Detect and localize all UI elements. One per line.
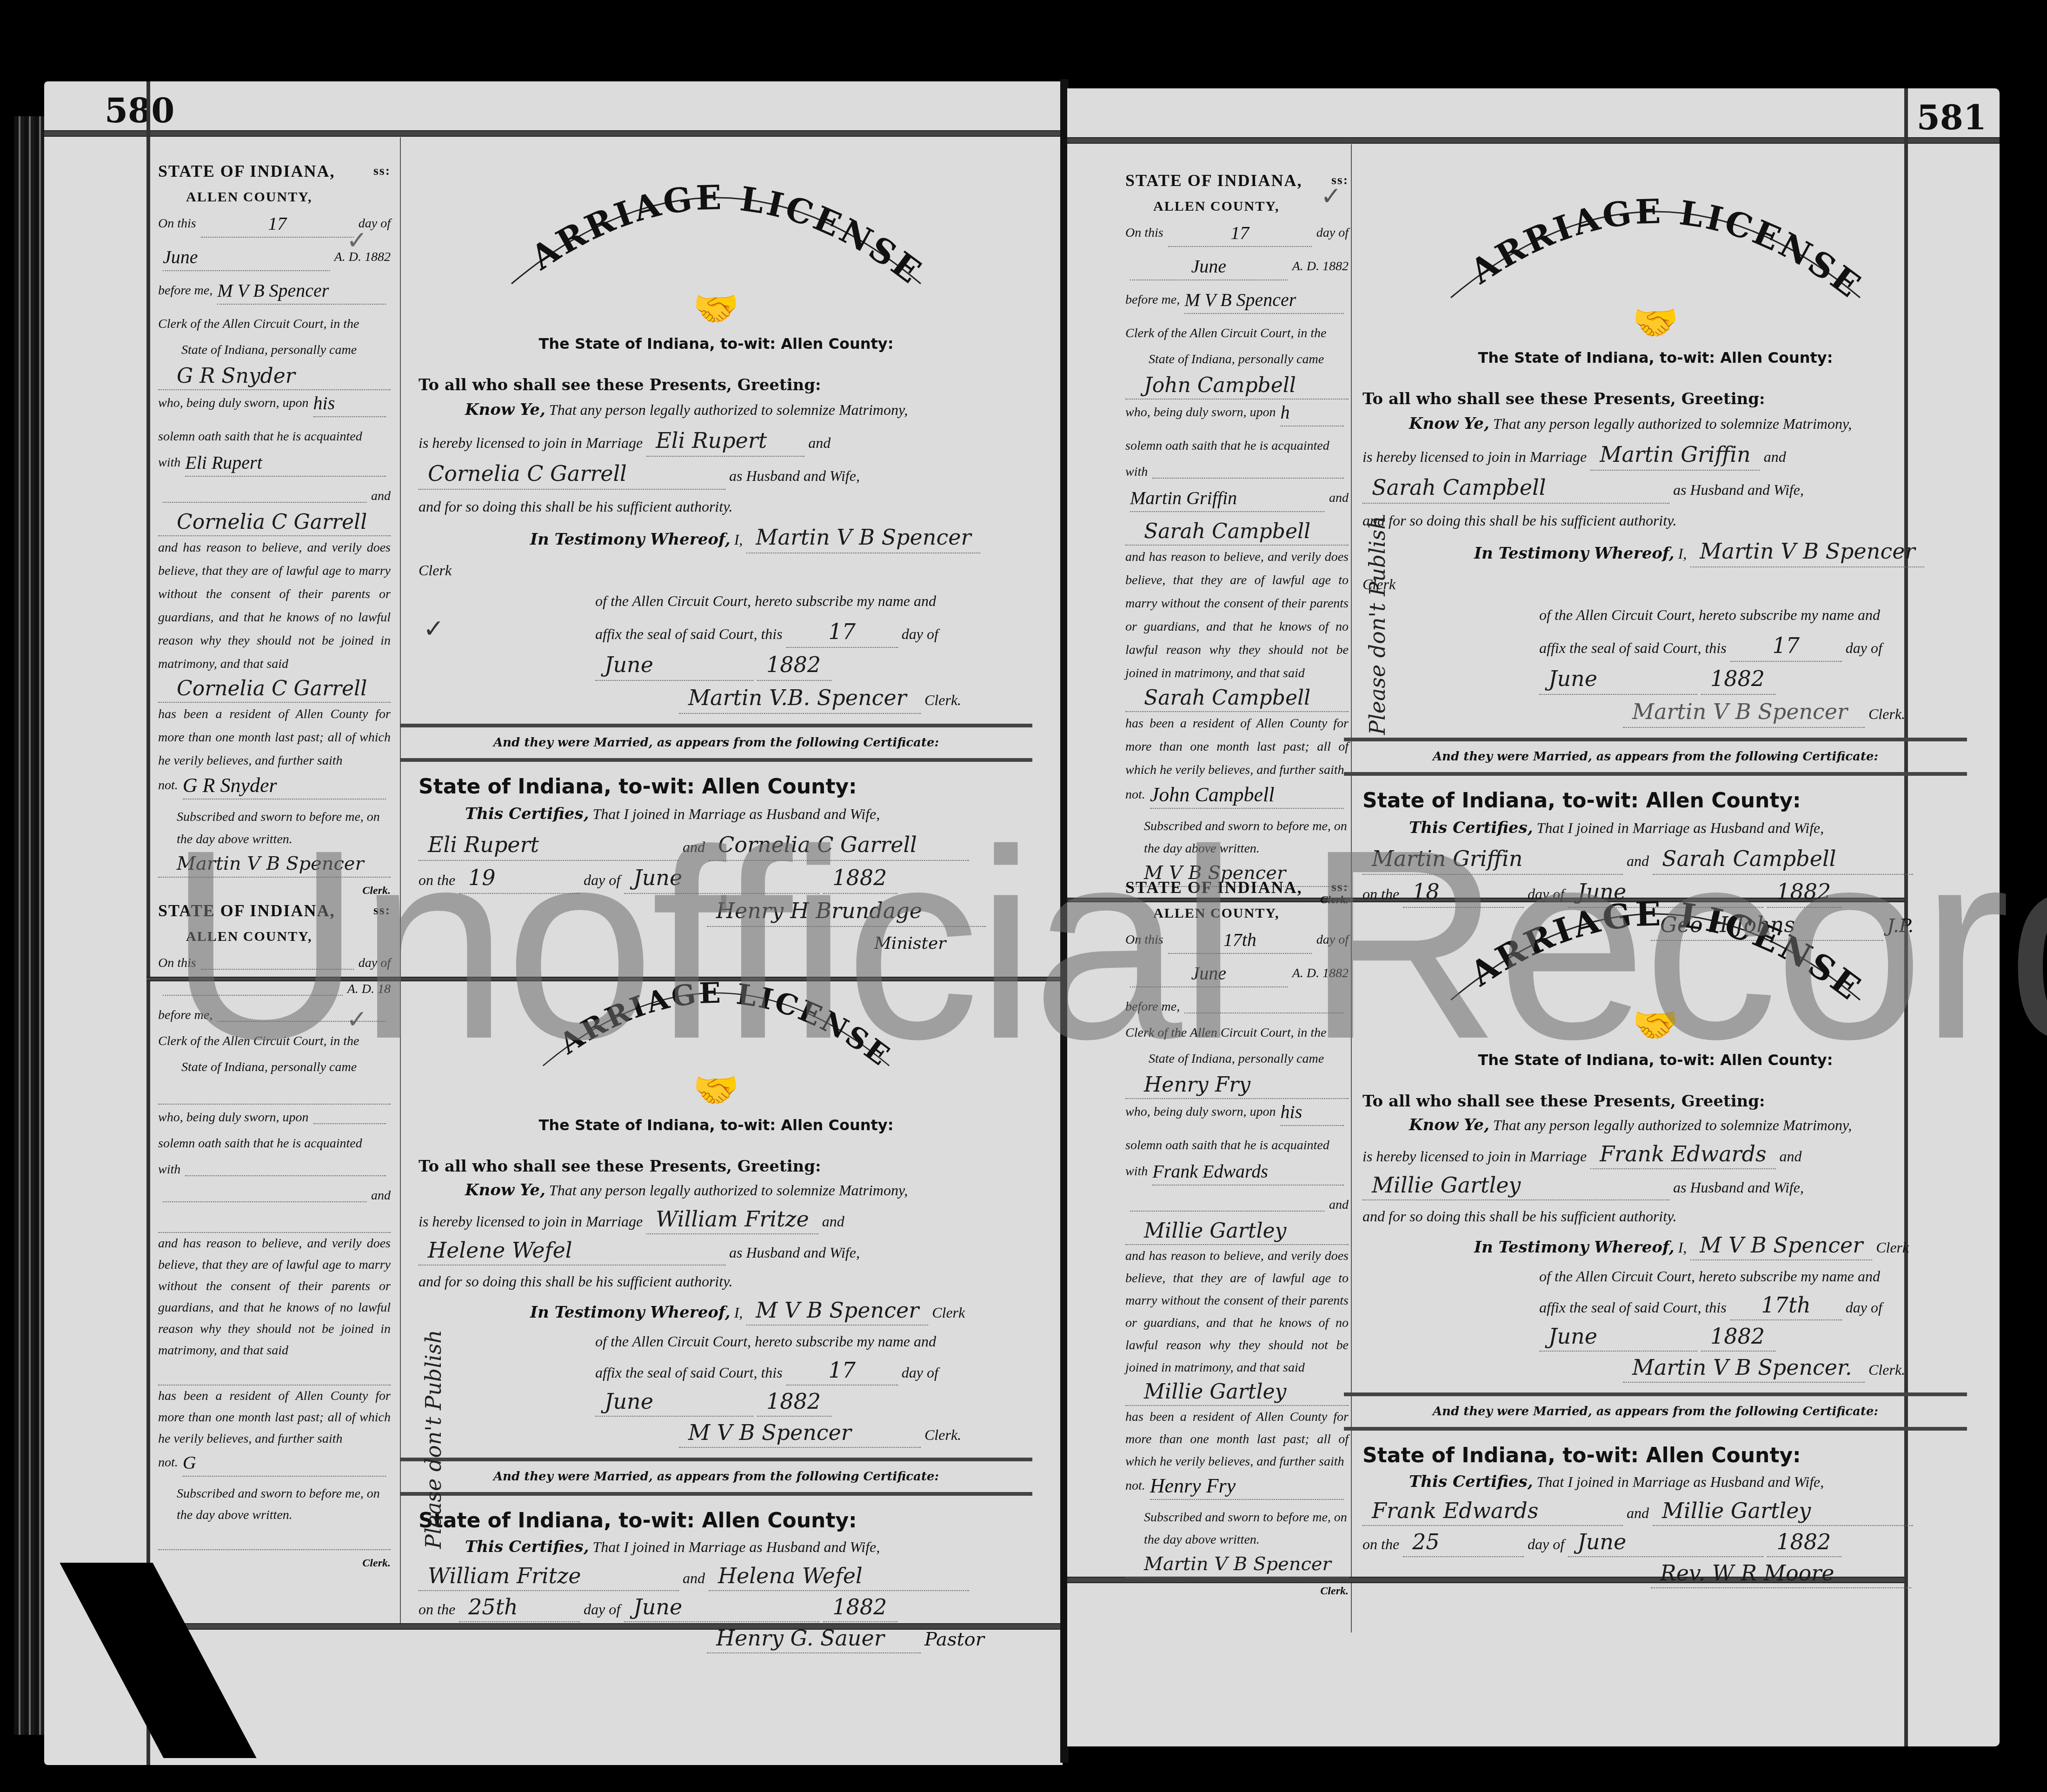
stub-on-this: On this	[158, 950, 196, 976]
license-clerk: Martin V B Spencer	[1690, 536, 1924, 567]
license-state-county: The State of Indiana, to-wit: Allen Coun…	[1362, 349, 1948, 366]
stub-day: 17	[201, 211, 354, 238]
license-day: 17	[786, 616, 898, 648]
cert-officiant: Henry G. Sauer	[707, 1624, 921, 1653]
license-know-text: That any person legally authorized to so…	[1493, 415, 1852, 432]
license-bride: Millie Gartley	[1362, 1171, 1669, 1200]
stub-acquainted: solemn oath saith that he is acquainted	[158, 424, 391, 450]
marriage-license: MARRIAGE LICENSE. 🤝 The State of Indiana…	[1362, 181, 1948, 942]
stub-groom: Martin Griffin	[1130, 485, 1324, 512]
stub-clerk-label: Clerk.	[1125, 1578, 1349, 1604]
stub-divider	[400, 137, 401, 1625]
license-testimony: In Testimony Whereof,	[419, 1303, 731, 1322]
stub-with: with	[1125, 1159, 1148, 1192]
margin-note: Please don't Publish	[421, 1330, 446, 1549]
stub-acquainted: solemn oath saith that he is acquainted	[158, 1131, 391, 1157]
book-page-edges	[14, 116, 44, 1735]
stub-month: June	[1130, 253, 1288, 280]
stub-subscribed: Subscribed and sworn to before me, on th…	[1125, 815, 1349, 860]
license-groom: Martin Griffin	[1590, 439, 1760, 471]
license-signature: M V B Spencer	[679, 1418, 921, 1448]
license-greeting: To all who shall see these Presents, Gre…	[1362, 390, 1948, 408]
stub-not: not.	[158, 773, 178, 806]
stub-before-me: before me,	[1125, 287, 1180, 320]
license-day: 17th	[1730, 1291, 1842, 1320]
license-authority: and for so doing this shall be his suffi…	[1362, 1208, 1677, 1225]
license-licensed: is hereby licensed to join in Marriage	[419, 434, 643, 451]
stub-affidavit: STATE OF INDIANA,ss: ALLEN COUNTY, On th…	[1125, 167, 1349, 913]
stub-bride: Cornelia C Garrell	[158, 509, 391, 536]
license-husband-wife: as Husband and Wife,	[1673, 1179, 1804, 1196]
check-mark-icon: ✓	[346, 226, 367, 255]
license-bride: Sarah Campbell	[1362, 472, 1669, 504]
stub-month: June	[163, 244, 330, 271]
stub-affiant-signature: G R Snyder	[183, 773, 386, 799]
license-year: 1882	[1701, 663, 1775, 695]
stub-bride: Millie Gartley	[1125, 1218, 1349, 1245]
stub-and: and	[1329, 485, 1349, 519]
stub-body: and has reason to believe, and verily do…	[158, 1233, 391, 1361]
license-know-ye: Know Ye,	[1362, 1116, 1489, 1134]
license-greeting: To all who shall see these Presents, Gre…	[419, 1157, 1014, 1176]
license-title-banner: MARRIAGE LICENSE.	[502, 167, 930, 288]
license-bride: Helene Wefel	[419, 1236, 725, 1266]
cert-bride: Cornelia C Garrell	[709, 829, 969, 861]
license-affix: affix the seal of said Court, this	[419, 1364, 783, 1381]
stub-subscribed: Subscribed and sworn to before me, on th…	[158, 1483, 391, 1526]
stub-on-this: On this	[1125, 927, 1163, 960]
stub-affiant-signature: Henry Fry	[1150, 1473, 1344, 1500]
license-licensed: is hereby licensed to join in Marriage	[1362, 448, 1587, 465]
license-clerk-label: Clerk.	[924, 692, 961, 708]
stub-month: June	[1130, 960, 1288, 987]
cert-day: 19	[459, 862, 580, 894]
stub-ss: ss:	[373, 158, 391, 184]
cert-certifies: This Certifies,	[1362, 819, 1533, 837]
license-clerk-word: Clerk	[1876, 1239, 1909, 1256]
stub-body: and has reason to believe, and verily do…	[158, 536, 391, 676]
stub-ad: A. D. 1882	[1292, 253, 1349, 287]
stub-state-line: State of Indiana, personally came	[158, 1054, 391, 1080]
cert-officiant: Henry H Brundage	[707, 895, 986, 927]
stub-state-line: State of Indiana, personally came	[158, 337, 391, 363]
license-bride: Cornelia C Garrell	[419, 458, 725, 490]
license-clerk: M V B Spencer	[746, 1296, 928, 1326]
cert-bride: Sarah Campbell	[1653, 843, 1913, 875]
stub-groom	[185, 1157, 386, 1176]
cert-day: 25	[1403, 1527, 1524, 1557]
license-testimony: In Testimony Whereof,	[1362, 544, 1675, 563]
cert-on-the: on the	[419, 1601, 455, 1618]
cert-officiant: Rev. W R Moore	[1651, 1559, 1911, 1588]
stub-ss: ss:	[1331, 874, 1349, 900]
stub-with: with	[158, 1157, 180, 1183]
license-title-banner: MARRIAGE LICENSE.	[1442, 181, 1869, 302]
married-banner: And they were Married, as appears from t…	[1344, 738, 1967, 776]
license-know-ye: Know Ye,	[1362, 414, 1489, 433]
license-year: 1882	[757, 649, 831, 681]
stub-acquainted: solemn oath saith that he is acquainted	[1125, 433, 1349, 459]
svg-text:MARRIAGE LICENSE.: MARRIAGE LICENSE.	[1442, 181, 1869, 302]
stub-ad: A. D. 18	[347, 976, 391, 1002]
license-know-text: That any person legally authorized to so…	[1493, 1117, 1852, 1133]
stub-and: and	[1329, 1192, 1349, 1218]
stub-sworn: who, being duly sworn, upon	[1125, 400, 1276, 433]
license-i: I,	[734, 1304, 743, 1321]
stub-clerk-signature: Martin V B Spencer	[158, 851, 391, 878]
married-banner: And they were Married, as appears from t…	[400, 1458, 1032, 1496]
license-and: and	[1780, 1148, 1802, 1165]
title-arc-ornament: MARRIAGE LICENSE.	[1442, 181, 1869, 302]
cert-year: 1882	[1767, 1527, 1841, 1557]
stub-resident-text: has been a resident of Allen County for …	[1125, 1406, 1349, 1473]
license-testimony: In Testimony Whereof,	[419, 530, 731, 549]
license-state-county: The State of Indiana, to-wit: Allen Coun…	[419, 1116, 1014, 1134]
married-banner: And they were Married, as appears from t…	[400, 724, 1032, 762]
stub-clerk-label: Clerk.	[158, 1550, 391, 1576]
title-arc-ornament: MARRIAGE LICENSE.	[1442, 884, 1869, 1005]
license-signature: Martin V.B. Spencer	[679, 682, 921, 714]
stub-bride: Sarah Campbell	[1125, 519, 1349, 546]
stub-state: STATE OF INDIANA,	[1125, 167, 1302, 193]
stub-day-of: day of	[1316, 220, 1349, 253]
stub-pronoun: h	[1281, 400, 1344, 426]
cert-certifies: This Certifies,	[419, 805, 589, 823]
title-arc-ornament: MARRIAGE LICENSE.	[502, 167, 930, 288]
stub-county: ALLEN COUNTY,	[1153, 199, 1280, 214]
license-authority: and for so doing this shall be his suffi…	[419, 498, 733, 515]
stub-sworn: who, being duly sworn, upon	[158, 390, 309, 424]
cert-bride: Millie Gartley	[1653, 1496, 1913, 1526]
license-month: June	[1539, 663, 1697, 695]
stub-before-me: before me,	[1125, 994, 1180, 1020]
stub-county: ALLEN COUNTY,	[186, 189, 312, 205]
stub-county: ALLEN COUNTY,	[186, 929, 312, 944]
stub-clerk-signature: Martin V B Spencer	[1125, 1551, 1349, 1578]
check-mark-icon: ✓	[423, 614, 444, 643]
title-arc-ornament: MARRIAGE LICENSE.	[502, 967, 930, 1070]
license-month: June	[1539, 1322, 1697, 1352]
stub-groom: Frank Edwards	[1152, 1159, 1344, 1186]
stub-clerk-name: M V B Spencer	[1184, 287, 1344, 314]
stub-subscribed: Subscribed and sworn to before me, on th…	[1125, 1506, 1349, 1551]
license-husband-wife: as Husband and Wife,	[729, 1244, 860, 1261]
stub-clerk-signature	[158, 1526, 391, 1550]
stub-sworn: who, being duly sworn, upon	[158, 1105, 309, 1131]
stub-with: with	[1125, 459, 1148, 485]
stub-acquainted: solemn oath saith that he is acquainted	[1125, 1132, 1349, 1159]
license-clerk: M V B Spencer	[1690, 1231, 1872, 1260]
stub-before-me: before me,	[158, 1002, 213, 1028]
stub-resident: Cornelia C Garrell	[158, 676, 391, 703]
cert-day-of: day of	[584, 872, 620, 888]
stub-body: and has reason to believe, and verily do…	[1125, 546, 1349, 685]
license-husband-wife: as Husband and Wife,	[1673, 481, 1804, 498]
stub-with: with	[158, 450, 180, 483]
cert-month: June	[624, 1592, 819, 1622]
license-and: and	[808, 434, 831, 451]
license-and: and	[822, 1213, 844, 1230]
license-licensed: is hereby licensed to join in Marriage	[1362, 1148, 1587, 1165]
stub-state-line: State of Indiana, personally came	[1125, 1046, 1349, 1072]
license-authority: and for so doing this shall be his suffi…	[1362, 512, 1677, 529]
stub-affiant-signature: John Campbell	[1150, 782, 1344, 809]
stub-affiant-signature: G	[183, 1450, 386, 1477]
stub-pronoun: his	[1281, 1099, 1344, 1126]
stub-day: 17th	[1168, 927, 1312, 954]
license-know-text: That any person legally authorized to so…	[549, 401, 908, 418]
svg-text:MARRIAGE LICENSE.: MARRIAGE LICENSE.	[502, 167, 930, 288]
cert-day-of: day of	[1528, 1536, 1564, 1552]
license-day: 17	[786, 1356, 898, 1386]
clasped-hands-icon: 🤝	[1362, 1005, 1948, 1046]
margin-rule	[146, 81, 150, 1765]
cert-text: That I joined in Marriage as Husband and…	[1536, 819, 1824, 836]
cert-on-the: on the	[419, 872, 455, 888]
license-day: 17	[1730, 630, 1842, 662]
license-groom: Frank Edwards	[1590, 1139, 1775, 1169]
stub-subscribed: Subscribed and sworn to before me, on th…	[158, 806, 391, 851]
license-clerk: Martin V B Spencer	[746, 522, 980, 553]
stub-day-of: day of	[359, 950, 391, 976]
license-day-of: day of	[1846, 640, 1882, 656]
cert-and: and	[683, 839, 705, 855]
license-title-banner: MARRIAGE LICENSE.	[1442, 884, 1869, 1005]
stub-before-me: before me,	[158, 278, 213, 311]
cert-groom: Martin Griffin	[1362, 843, 1623, 875]
stub-day	[201, 950, 354, 970]
license-know-text: That any person legally authorized to so…	[549, 1182, 908, 1199]
stub-state: STATE OF INDIANA,	[158, 898, 335, 924]
cert-and: and	[1627, 1505, 1649, 1521]
license-greeting: To all who shall see these Presents, Gre…	[419, 376, 1014, 394]
cert-day-of: day of	[584, 1601, 620, 1618]
margin-note: Please don't Publish	[1365, 516, 1390, 735]
marriage-license: MARRIAGE LICENSE. 🤝 The State of Indiana…	[1362, 884, 1948, 1590]
license-subscribe: of the Allen Circuit Court, hereto subsc…	[419, 593, 936, 609]
stub-day: 17	[1168, 220, 1312, 247]
stub-affiant	[158, 1080, 391, 1105]
cert-groom: William Fritze	[419, 1561, 679, 1591]
license-subscribe: of the Allen Circuit Court, hereto subsc…	[419, 1333, 936, 1350]
certificate-heading: State of Indiana, to-wit: Allen County:	[419, 1509, 1014, 1532]
license-clerk-word: Clerk	[419, 562, 452, 579]
cert-year: 1882	[823, 1592, 897, 1622]
stub-affiant: Henry Fry	[1125, 1072, 1349, 1099]
check-mark-icon: ✓	[346, 1005, 367, 1034]
cert-on-the: on the	[1362, 1536, 1399, 1552]
license-affix: affix the seal of said Court, this	[419, 626, 783, 642]
license-groom: Eli Rupert	[646, 425, 804, 457]
certificate-heading: State of Indiana, to-wit: Allen County:	[1362, 1444, 1948, 1467]
license-day-of: day of	[902, 1364, 938, 1381]
stub-resident-text: has been a resident of Allen County for …	[158, 703, 391, 773]
svg-text:MARRIAGE LICENSE.: MARRIAGE LICENSE.	[518, 967, 897, 1070]
cert-month: June	[1568, 1527, 1763, 1557]
cert-text: That I joined in Marriage as Husband and…	[592, 806, 880, 822]
cert-officiant-title: Minister	[419, 934, 946, 953]
license-month: June	[595, 1387, 753, 1417]
license-state-county: The State of Indiana, to-wit: Allen Coun…	[1362, 1051, 1948, 1069]
stub-pronoun	[313, 1105, 386, 1124]
license-day-of: day of	[902, 626, 938, 642]
stub-not: not.	[158, 1450, 178, 1483]
stub-resident: Sarah Campbell	[1125, 685, 1349, 712]
license-year: 1882	[1701, 1322, 1775, 1352]
stub-affiant: John Campbell	[1125, 373, 1349, 400]
cert-bride: Helena Wefel	[709, 1561, 969, 1591]
marriage-license: MARRIAGE LICENSE. 🤝 The State of Indiana…	[419, 967, 1014, 1655]
certificate-heading: State of Indiana, to-wit: Allen County:	[1362, 789, 1948, 813]
stub-clerk-line: Clerk of the Allen Circuit Court, in the	[1125, 1020, 1349, 1046]
cert-month: June	[624, 862, 819, 894]
license-clerk-label: Clerk.	[1868, 1361, 1905, 1378]
stub-state: STATE OF INDIANA,	[1125, 874, 1302, 900]
stub-resident	[158, 1361, 391, 1386]
clasped-hands-icon: 🤝	[419, 1070, 1014, 1112]
license-greeting: To all who shall see these Presents, Gre…	[1362, 1092, 1948, 1111]
cert-certifies: This Certifies,	[1362, 1472, 1533, 1491]
stub-clerk-name	[1184, 994, 1344, 1013]
clasped-hands-icon: 🤝	[419, 288, 1014, 330]
cert-and: and	[1627, 853, 1649, 869]
license-affix: affix the seal of said Court, this	[1362, 1299, 1727, 1316]
stub-clerk-line: Clerk of the Allen Circuit Court, in the	[1125, 320, 1349, 346]
license-and: and	[1764, 448, 1786, 465]
license-subscribe: of the Allen Circuit Court, hereto subsc…	[1362, 1268, 1880, 1285]
cert-year: 1882	[823, 862, 897, 894]
license-i: I,	[1678, 1239, 1687, 1256]
stub-body: and has reason to believe, and verily do…	[1125, 1245, 1349, 1379]
license-affix: affix the seal of said Court, this	[1362, 640, 1727, 656]
certificate-heading: State of Indiana, to-wit: Allen County:	[419, 775, 1014, 799]
svg-text:MARRIAGE LICENSE.: MARRIAGE LICENSE.	[1442, 884, 1869, 1005]
stub-affidavit: STATE OF INDIANA,ss: ALLEN COUNTY, On th…	[158, 898, 391, 1576]
header-rule	[44, 130, 1063, 137]
license-licensed: is hereby licensed to join in Marriage	[419, 1213, 643, 1230]
stub-sworn: who, being duly sworn, upon	[1125, 1099, 1276, 1132]
license-clerk-word: Clerk	[932, 1304, 965, 1321]
stub-resident-text: has been a resident of Allen County for …	[158, 1386, 391, 1450]
stub-clerk-line: Clerk of the Allen Circuit Court, in the	[158, 311, 391, 337]
cert-and: and	[683, 1570, 705, 1586]
stub-not: not.	[1125, 1473, 1145, 1506]
stub-state-line: State of Indiana, personally came	[1125, 346, 1349, 373]
stub-day-of: day of	[1316, 927, 1349, 960]
license-authority: and for so doing this shall be his suffi…	[419, 1273, 733, 1290]
page-number: 580	[105, 91, 174, 130]
cert-text: That I joined in Marriage as Husband and…	[592, 1539, 880, 1555]
stub-on-this: On this	[158, 211, 196, 244]
stub-ad: A. D. 1882	[1292, 960, 1349, 994]
license-husband-wife: as Husband and Wife,	[729, 467, 860, 484]
stub-resident-text: has been a resident of Allen County for …	[1125, 712, 1349, 782]
stub-clerk-name: M V B Spencer	[217, 278, 386, 305]
stub-ss: ss:	[373, 898, 391, 924]
cert-officiant-title: Pastor	[924, 1629, 984, 1650]
cert-groom: Eli Rupert	[419, 829, 679, 861]
license-groom: William Fritze	[646, 1205, 818, 1234]
stub-resident: Millie Gartley	[1125, 1379, 1349, 1406]
stub-month	[163, 976, 343, 996]
license-clerk-label: Clerk.	[924, 1426, 961, 1443]
cert-day: 25th	[459, 1592, 580, 1622]
license-testimony: In Testimony Whereof,	[1362, 1238, 1675, 1257]
license-title-banner: MARRIAGE LICENSE.	[502, 967, 930, 1070]
license-subscribe: of the Allen Circuit Court, hereto subsc…	[1362, 606, 1880, 623]
stub-county: ALLEN COUNTY,	[1153, 906, 1280, 921]
license-clerk-label: Clerk.	[1868, 706, 1905, 722]
license-signature: Martin V B Spencer	[1623, 696, 1865, 728]
stub-affiant: G R Snyder	[158, 363, 391, 390]
license-signature: Martin V B Spencer.	[1623, 1353, 1865, 1383]
license-know-ye: Know Ye,	[419, 1181, 545, 1199]
license-i: I,	[734, 531, 743, 548]
stub-and: and	[371, 483, 391, 509]
header-rule	[1067, 137, 2000, 144]
stub-state: STATE OF INDIANA,	[158, 158, 335, 184]
married-banner: And they were Married, as appears from t…	[1344, 1392, 1967, 1431]
stub-and: and	[371, 1183, 391, 1209]
stub-groom: Eli Rupert	[185, 450, 386, 477]
check-mark-icon: ✓	[1321, 181, 1342, 211]
clasped-hands-icon: 🤝	[1362, 302, 1948, 344]
cert-groom: Frank Edwards	[1362, 1496, 1623, 1526]
license-state-county: The State of Indiana, to-wit: Allen Coun…	[419, 335, 1014, 353]
stub-affidavit: STATE OF INDIANA,ss: ALLEN COUNTY, On th…	[158, 158, 391, 904]
license-i: I,	[1678, 545, 1687, 562]
stub-affidavit: STATE OF INDIANA,ss: ALLEN COUNTY, On th…	[1125, 874, 1349, 1604]
license-month: June	[595, 649, 753, 681]
stub-bride	[158, 1209, 391, 1233]
license-know-ye: Know Ye,	[419, 400, 545, 419]
stub-pronoun: his	[313, 390, 386, 417]
page-number: 581	[1917, 98, 1987, 137]
stub-not: not.	[1125, 782, 1145, 815]
cert-text: That I joined in Marriage as Husband and…	[1536, 1473, 1824, 1490]
marriage-license: MARRIAGE LICENSE. 🤝 The State of Indiana…	[419, 167, 1014, 959]
license-year: 1882	[757, 1387, 831, 1417]
stub-on-this: On this	[1125, 220, 1163, 253]
license-day-of: day of	[1846, 1299, 1882, 1316]
